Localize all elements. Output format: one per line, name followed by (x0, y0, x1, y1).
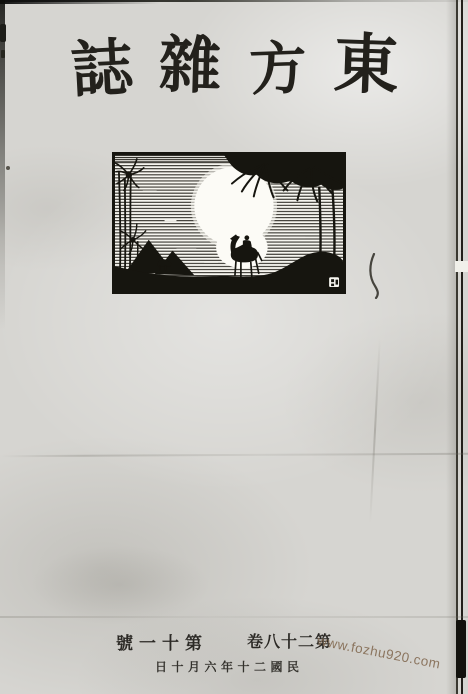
title-char: 誌 (70, 37, 135, 102)
paper-stain (30, 545, 210, 625)
watermark-url: www.fozhu920.com (316, 633, 442, 672)
right-edge-rule-line (461, 0, 463, 694)
right-edge-ink-blob (456, 620, 466, 678)
paper-crease (0, 453, 468, 457)
artist-seal (329, 277, 339, 287)
paper-crease (369, 338, 380, 523)
cover-illustration-frame (112, 152, 346, 294)
issue-number-text: 號一十第 (116, 629, 208, 654)
publication-date-text: 日十月六年十二國民 (155, 658, 304, 675)
right-edge-white-notch (455, 261, 468, 272)
magazine-title: 誌 雜 方 東 (0, 36, 468, 98)
top-left-edge-shadow (0, 0, 160, 4)
title-char: 雜 (158, 35, 222, 99)
paper-speck (6, 166, 10, 170)
ink-scratch-mark (367, 253, 383, 299)
title-char: 東 (332, 32, 399, 99)
scanned-magazine-cover: { "page": { "paper_color": "#d6d5d1", "i… (0, 0, 468, 694)
right-edge-rule-line (456, 0, 458, 694)
title-char: 方 (249, 40, 308, 99)
cover-illustration (115, 155, 343, 291)
